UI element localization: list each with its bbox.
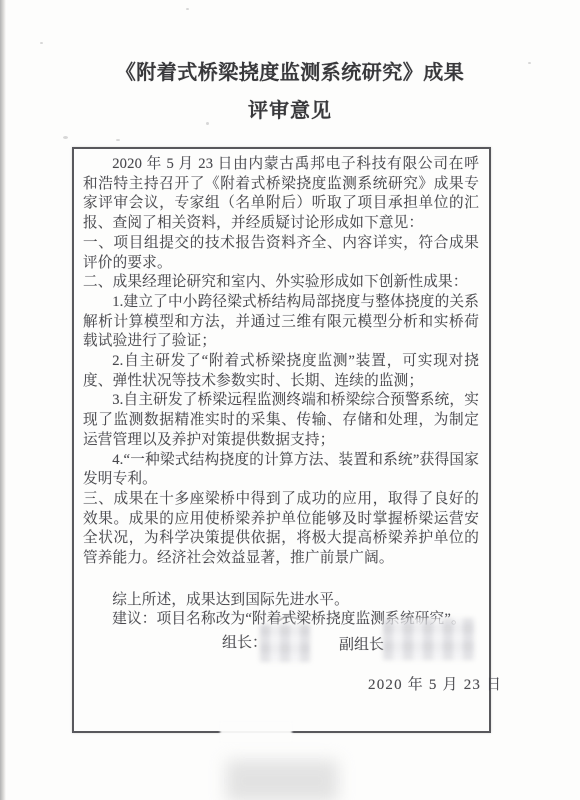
paragraph-point-3: 三、成果在十多座梁桥中得到了成功的应用，取得了良好的效果。成果的应用使桥梁养护单… [83,490,479,569]
title-line-1: 《附着式桥梁挠度监测系统研究》成果 [78,58,502,88]
deputy-name-redacted [383,618,475,660]
paragraph-point-1: 一、项目组提交的技术报告资料齐全、内容详实，符合成果评价的要求。 [83,234,479,273]
scanned-document-page: 《附着式桥梁挠度监测系统研究》成果 评审意见 2020 年 5 月 23 日由内… [0,0,580,800]
scan-speck [63,136,68,139]
pencil-caret-annotation [277,611,297,623]
paragraph-item-2: 2.自主研发了“附着式桥梁挠度监测”装置，可实现对挠度、弹性状况等技术参数实时、… [83,352,479,391]
title-line-2: 评审意见 [78,98,502,124]
leader-name-redacted [260,624,310,662]
paragraph-conclusion: 综上所述，成果达到国际先进水平。 [83,591,479,611]
paragraph-point-2: 二、成果经理论研究和室内、外实验形成如下创新性成果： [83,273,479,293]
paragraph-item-4: 4.“一种梁式结构挠度的计算方法、装置和系统”获得国家发明专利。 [83,451,479,490]
paragraph-intro: 2020 年 5 月 23 日由内蒙古禹邦电子科技有限公司在呼和浩特主持召开了《… [83,155,479,234]
scan-speck [40,42,43,44]
deputy-leader-label: 副组长 [339,633,384,654]
scan-smudge [226,760,338,800]
paragraph-item-1: 1.建立了中小跨径梁式桥结构局部挠度与整体挠度的关系解析计算模型和方法，并通过三… [83,293,479,352]
scan-speck [528,62,531,64]
scan-edge-strip [0,0,6,800]
document-title: 《附着式桥梁挠度监测系统研究》成果 评审意见 [78,58,502,124]
document-date: 2020 年 5 月 23 日 [368,673,502,694]
review-opinion-body: 2020 年 5 月 23 日由内蒙古禹邦电子科技有限公司在呼和浩特主持召开了《… [74,149,489,630]
bottom-border-blur-patch [220,722,292,742]
scan-speck [116,139,120,141]
scan-speck [186,8,189,10]
paragraph-item-3: 3.自主研发了桥梁远程监测终端和桥梁综合预警系统，实现了监测数据精准实时的采集、… [83,391,479,450]
